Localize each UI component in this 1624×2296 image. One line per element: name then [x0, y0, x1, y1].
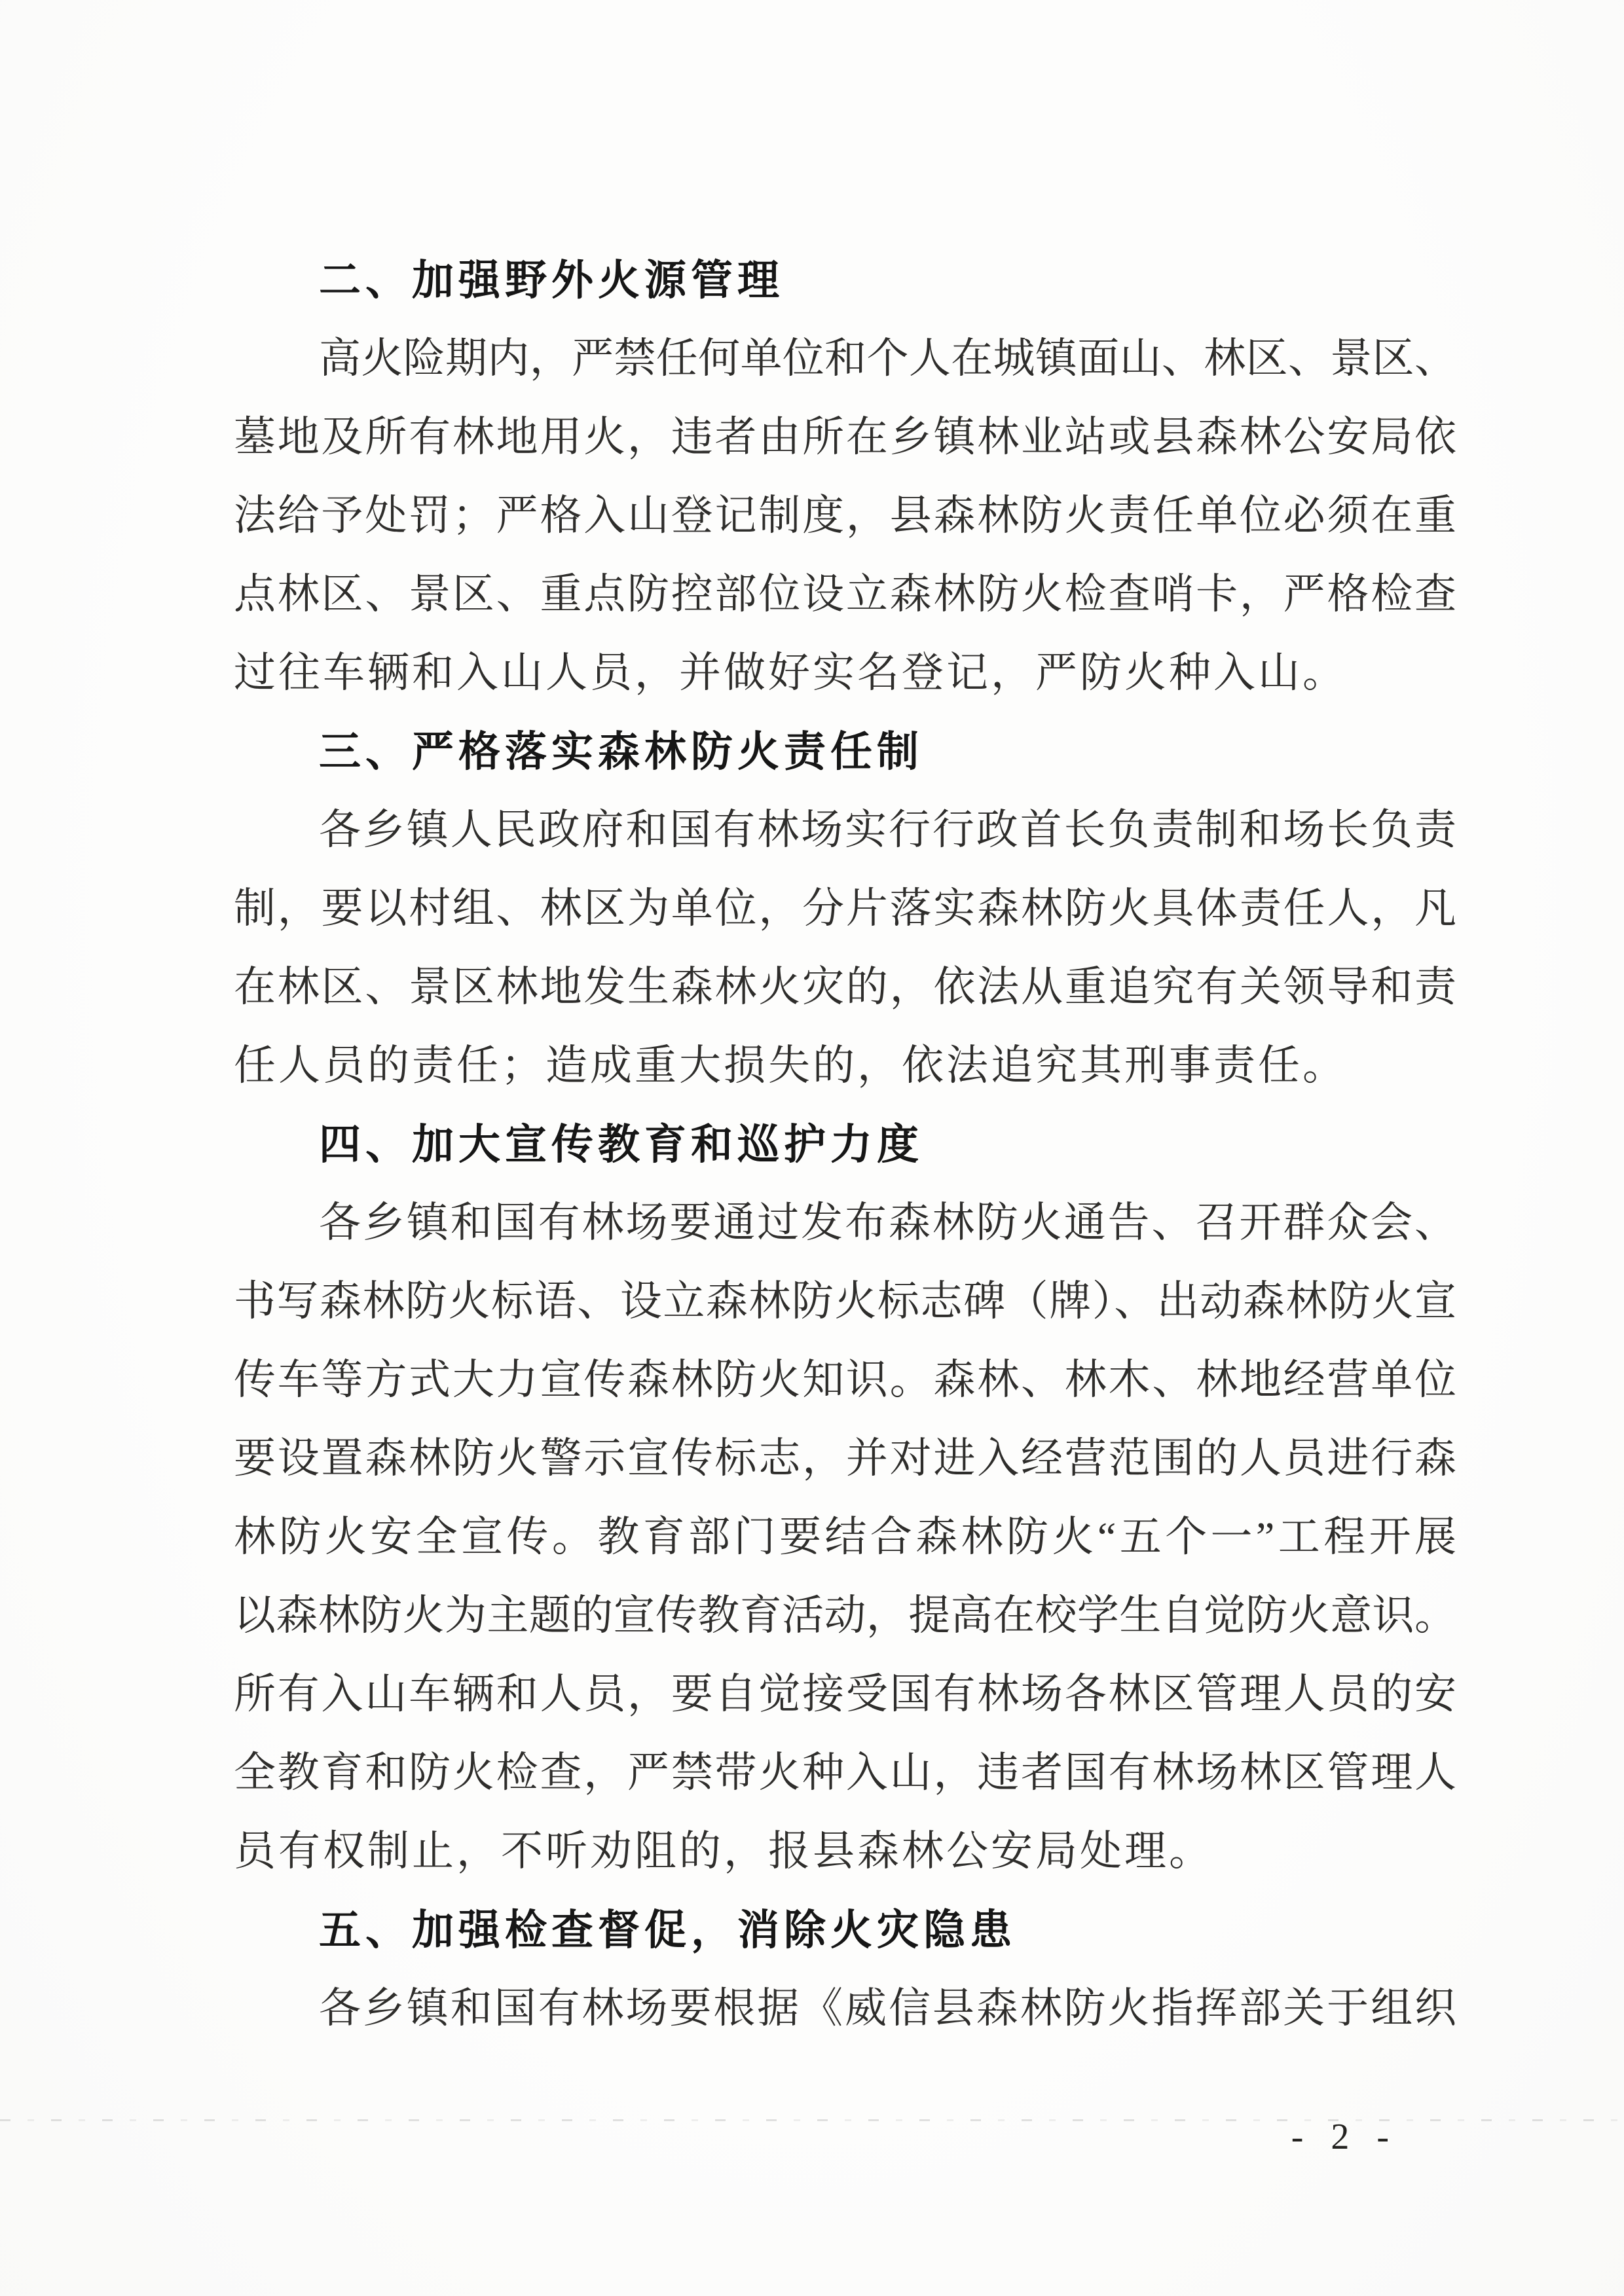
text-line: 要设置森林防火警示宣传标志，并对进入经营范围的人员进行森: [234, 1419, 1456, 1498]
text-line: 传车等方式大力宣传森林防火知识。森林、林木、林地经营单位: [234, 1341, 1456, 1419]
text-line: 林防火安全宣传。教育部门要结合森林防火“五个一”工程开展: [234, 1498, 1456, 1576]
section-heading-4: 四、加大宣传教育和巡护力度: [234, 1105, 1456, 1184]
text-line: 墓地及所有林地用火，违者由所在乡镇林业站或县森林公安局依: [234, 398, 1456, 477]
text-line: 任人员的责任；造成重大损失的，依法追究其刑事责任。: [234, 1027, 1456, 1105]
section-heading-3: 三、严格落实森林防火责任制: [234, 712, 1456, 791]
page-number: - 2 -: [1291, 2113, 1398, 2160]
text-line: 各乡镇和国有林场要通过发布森林防火通告、召开群众会、: [234, 1184, 1456, 1262]
text-line: 全教育和防火检查，严禁带火种入山，违者国有林场林区管理人: [234, 1734, 1456, 1812]
text-line: 在林区、景区林地发生森林火灾的，依法从重追究有关领导和责: [234, 948, 1456, 1027]
text-line: 制，要以村组、林区为单位，分片落实森林防火具体责任人，凡: [234, 869, 1456, 948]
text-line: 书写森林防火标语、设立森林防火标志碑（牌）、出动森林防火宣: [234, 1262, 1456, 1341]
text-line: 法给予处罚；严格入山登记制度，县森林防火责任单位必须在重: [234, 477, 1456, 555]
text-line: 以森林防火为主题的宣传教育活动，提高在校学生自觉防火意识。: [234, 1576, 1456, 1655]
text-line: 各乡镇和国有林场要根据《威信县森林防火指挥部关于组织: [234, 1969, 1456, 2048]
section-heading-5: 五、加强检查督促，消除火灾隐患: [234, 1891, 1456, 1969]
text-line: 过往车辆和入山人员，并做好实名登记，严防火种入山。: [234, 634, 1456, 712]
section-heading-2: 二、加强野外火源管理: [234, 241, 1456, 319]
text-line: 高火险期内，严禁任何单位和个人在城镇面山、林区、景区、: [234, 319, 1456, 398]
document-body: 二、加强野外火源管理 高火险期内，严禁任何单位和个人在城镇面山、林区、景区、 墓…: [234, 241, 1456, 2048]
text-line: 员有权制止，不听劝阻的，报县森林公安局处理。: [234, 1812, 1456, 1891]
document-page: 二、加强野外火源管理 高火险期内，严禁任何单位和个人在城镇面山、林区、景区、 墓…: [0, 0, 1624, 2296]
text-line: 各乡镇人民政府和国有林场实行行政首长负责制和场长负责: [234, 791, 1456, 869]
text-line: 点林区、景区、重点防控部位设立森林防火检查哨卡，严格检查: [234, 555, 1456, 634]
text-line: 所有入山车辆和人员，要自觉接受国有林场各林区管理人员的安: [234, 1655, 1456, 1734]
